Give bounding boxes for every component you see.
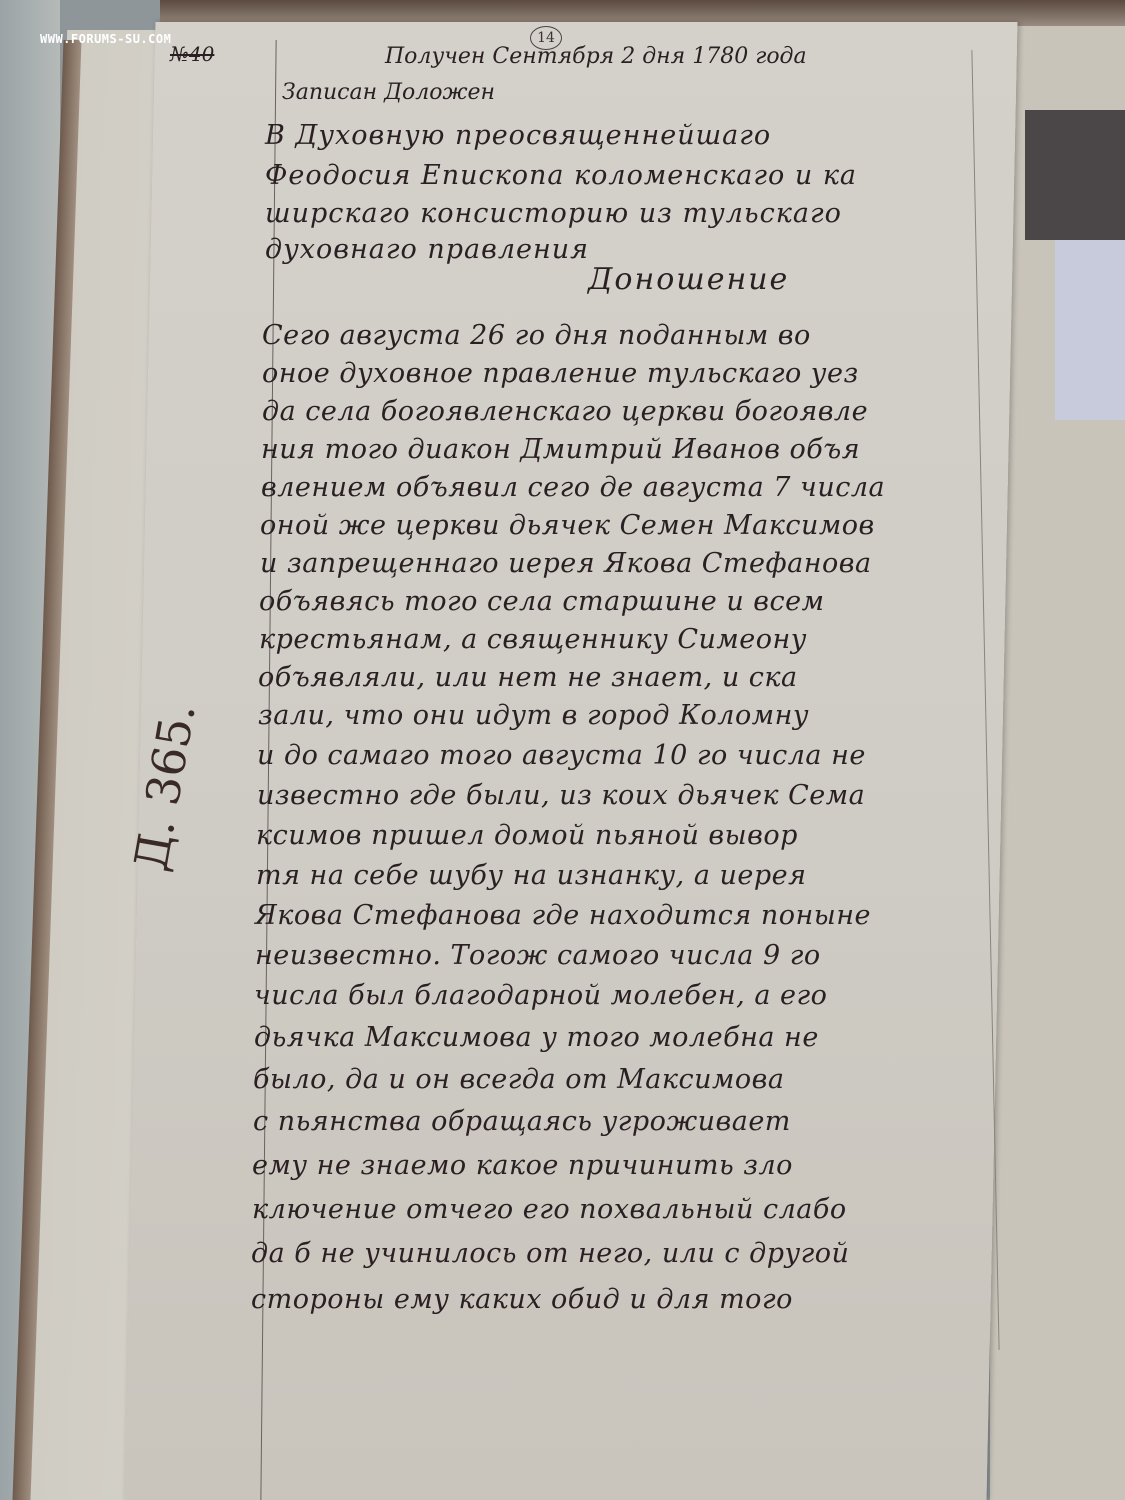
body-line: числа был благодарной молебен, а его [254,980,827,1011]
body-line: объявясь того села старшине и всем [259,586,825,617]
body-line: с пьянства обращаясь угроживает [253,1106,791,1137]
receipt-note-line: Записан Доложен [282,80,495,105]
body-line: неизвестно. Тогож самого числа 9 го [255,940,821,971]
body-line: было, да и он всегда от Максимова [253,1064,785,1095]
body-line: зали, что они идут в город Коломну [258,700,809,731]
body-line: тя на себе шубу на изнанку, а иерея [256,860,807,891]
document-title: Доношение [588,262,789,297]
receipt-note-line: Получен Сентября 2 дня 1780 года [385,44,807,69]
body-line: ключение отчего его похвальный слабо [252,1194,847,1225]
address-line: ширскаго консисторию из тульскаго [265,198,842,229]
body-line: Якова Стефанова где находится поныне [255,900,871,931]
body-line: оной же церкви дьячек Семен Максимов [260,510,875,541]
adjacent-blue-sheet [1055,240,1125,420]
address-line: Феодосия Епископа коломенскаго и ка [265,160,857,191]
body-line: да села богоявленскаго церкви богоявле [262,396,868,427]
body-line: и запрещеннаго иерея Якова Стефанова [260,548,872,579]
adjacent-shadow [1025,110,1125,240]
body-line: ему не знаемо какое причинить зло [252,1150,793,1181]
watermark: WWW.FORUMS-SU.COM [40,32,171,46]
body-line: влением объявил сего де августа 7 числа [261,472,885,503]
body-line: объявляли, или нет не знает, и ска [258,662,798,693]
body-line: ксимов пришел домой пьяной вывор [256,820,798,851]
body-line: стороны ему каких обид и для того [251,1284,793,1315]
body-line: известно где были, из коих дьячек Сема [257,780,865,811]
body-line: крестьянам, а священнику Симеону [259,624,807,655]
address-line: духовнаго правления [265,234,589,265]
body-line: оное духовное правление тульскаго уез [262,358,859,389]
body-line: ния того диакон Дмитрий Иванов объя [261,434,860,465]
body-line: и до самаго того августа 10 го числа не [257,740,866,771]
body-line: Сего августа 26 го дня поданным во [262,320,811,351]
reference-number: №40 [170,42,214,66]
address-line: В Духовную преосвященнейшаго [265,120,771,151]
body-line: да б не учинилось от него, или с другой [251,1238,849,1269]
body-line: дьячка Максимова у того молебна не [254,1022,819,1053]
